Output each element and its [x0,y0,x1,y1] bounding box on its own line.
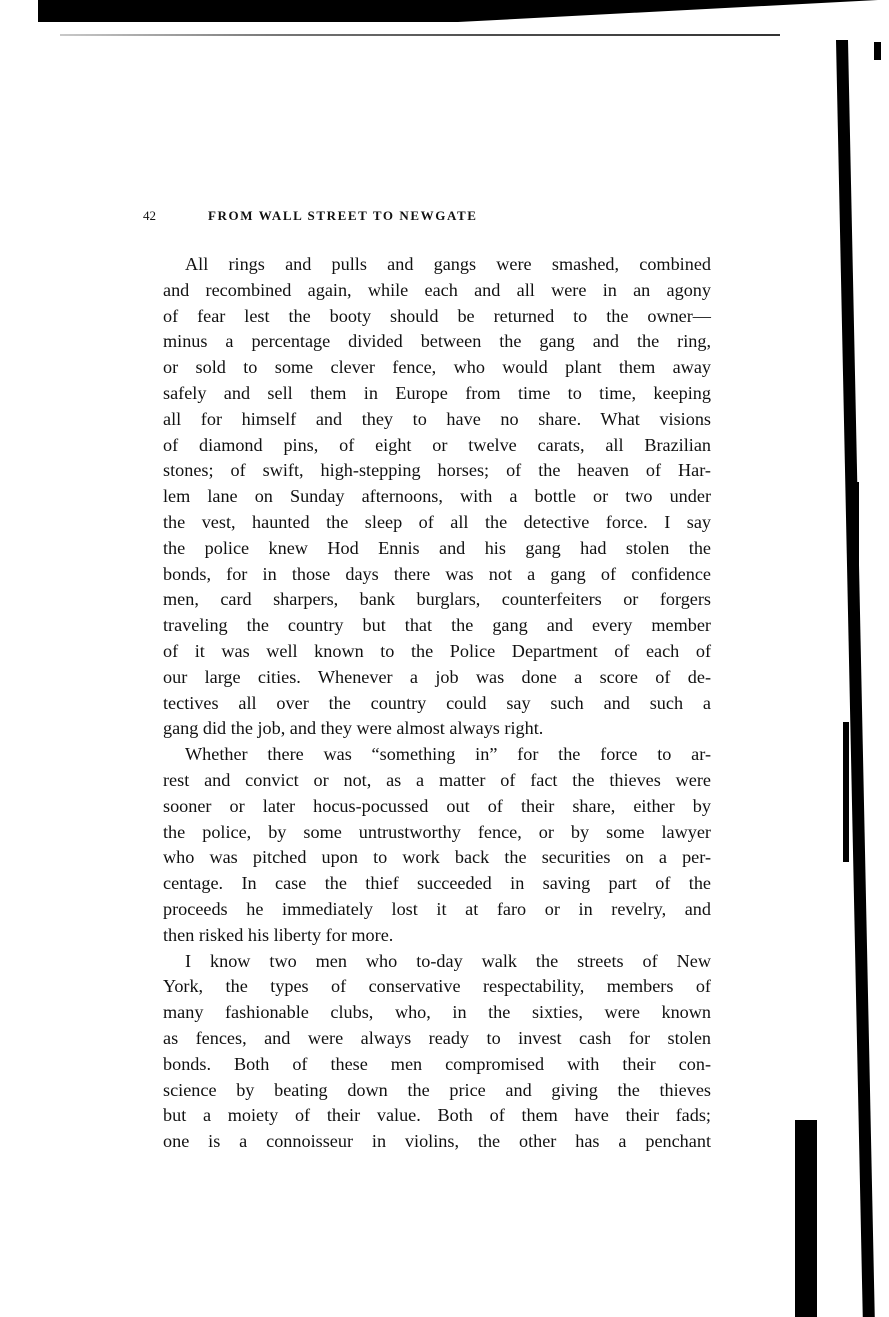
text-line: centage. In case the thief succeeded in … [163,871,711,897]
text-line: safely and sell them in Europe from time… [163,381,711,407]
text-line: of fear lest the booty should be returne… [163,304,711,330]
text-line: and recombined again, while each and all… [163,278,711,304]
text-line: tectives all over the country could say … [163,691,711,717]
text-line: one is a connoisseur in violins, the oth… [163,1129,711,1155]
text-line: our large cities. Whenever a job was don… [163,665,711,691]
text-line: who was pitched upon to work back the se… [163,845,711,871]
text-line: then risked his liberty for more. [163,923,711,949]
text-line: lem lane on Sunday afternoons, with a bo… [163,484,711,510]
text-line: but a moiety of their value. Both of the… [163,1103,711,1129]
text-line: the vest, haunted the sleep of all the d… [163,510,711,536]
body-text: All rings and pulls and gangs were smash… [163,252,711,1155]
text-line: of it was well known to the Police Depar… [163,639,711,665]
text-line: minus a percentage divided between the g… [163,329,711,355]
text-line: bonds, for in those days there was not a… [163,562,711,588]
scan-edge-shadow-top-solid [38,0,98,20]
text-line: I know two men who to-day walk the stree… [163,949,711,975]
text-line: as fences, and were always ready to inve… [163,1026,711,1052]
scan-edge-line-top [60,34,780,36]
scan-edge-shadow-right [836,40,875,1317]
text-line: traveling the country but that the gang … [163,613,711,639]
text-line: of diamond pins, of eight or twelve cara… [163,433,711,459]
text-line: science by beating down the price and gi… [163,1078,711,1104]
text-line: men, card sharpers, bank burglars, count… [163,587,711,613]
book-page: 42 FROM WALL STREET TO NEWGATE All rings… [163,208,711,1155]
text-line: York, the types of conservative respecta… [163,974,711,1000]
text-line: proceeds he immediately lost it at faro … [163,897,711,923]
text-line: the police knew Hod Ennis and his gang h… [163,536,711,562]
paragraph: All rings and pulls and gangs were smash… [163,252,711,742]
text-line: stones; of swift, high-stepping horses; … [163,458,711,484]
text-line: the police, by some untrustworthy fence,… [163,820,711,846]
paragraph: I know two men who to-day walk the stree… [163,949,711,1155]
text-line: sooner or later hocus-pocussed out of th… [163,794,711,820]
scan-mark [853,482,859,597]
paragraph: Whether there was “something in” for the… [163,742,711,948]
text-line: bonds. Both of these men compromised wit… [163,1052,711,1078]
running-title: FROM WALL STREET TO NEWGATE [208,208,478,224]
text-line: or sold to some clever fence, who would … [163,355,711,381]
text-line: Whether there was “something in” for the… [163,742,711,768]
text-line: All rings and pulls and gangs were smash… [163,252,711,278]
text-line: many fashionable clubs, who, in the sixt… [163,1000,711,1026]
scan-mark [843,722,849,862]
scan-edge-shadow-top [38,0,878,22]
scan-mark [874,42,881,60]
page-number: 42 [143,208,156,224]
text-line: gang did the job, and they were almost a… [163,716,711,742]
text-line: all for himself and they to have no shar… [163,407,711,433]
scan-edge-shadow-bottom-right [795,1120,817,1317]
text-line: rest and convict or not, as a matter of … [163,768,711,794]
running-head: 42 FROM WALL STREET TO NEWGATE [163,208,711,230]
